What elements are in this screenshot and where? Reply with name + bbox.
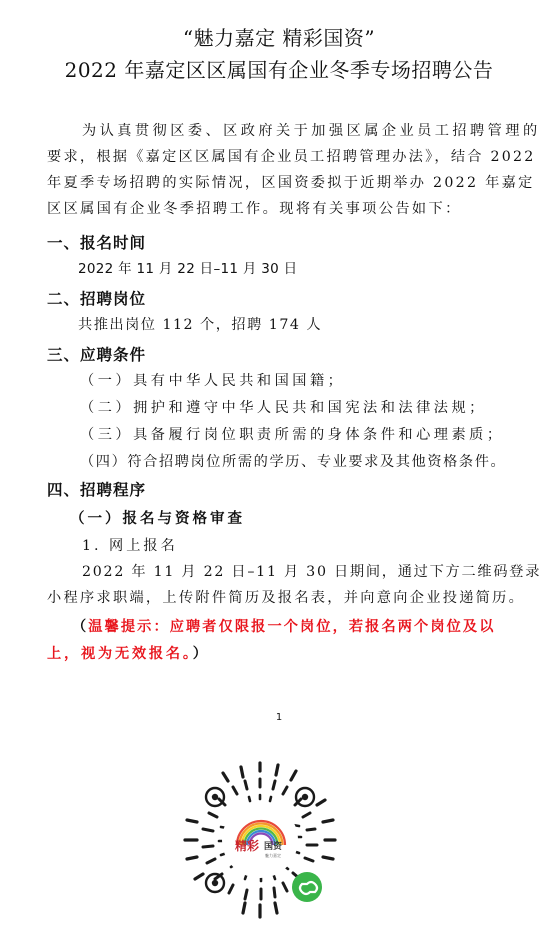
- requirement-item: （二）拥护和遵守中华人民共和国宪法和法律法规；: [80, 397, 487, 417]
- logo-text-side: 国资: [264, 840, 283, 852]
- svg-text:魅力嘉定: 魅力嘉定: [265, 852, 281, 858]
- procedure-line: 小程序求职端，上传附件简历及报名表，并向意向企业投递简历。: [47, 587, 525, 607]
- registration-dates: 2022 年 11 月 22 日–11 月 30 日: [78, 257, 297, 277]
- requirement-item: （一）具有中华人民共和国国籍；: [80, 370, 345, 390]
- notice-open-paren: （: [72, 619, 88, 635]
- subheading-registration-review: （一）报名与资格审查: [70, 507, 245, 528]
- notice-close-paren: ）: [193, 646, 210, 662]
- logo-text-main: 精彩: [234, 838, 259, 853]
- page-number: 1: [0, 712, 558, 723]
- requirement-item: （三）具备履行岗位职责所需的身体条件和心理素质；: [80, 424, 505, 444]
- notice-text: 上，视为无效报名。: [47, 646, 193, 662]
- qr-code-icon: 精彩 国资 魅力嘉定: [175, 755, 345, 925]
- section-heading-requirements: 三、应聘条件: [47, 343, 146, 365]
- title-slogan: “魅力嘉定 精彩国资”: [0, 22, 558, 51]
- procedure-line: 2022 年 11 月 22 日–11 月 30 日期间，通过下方二维码登录: [82, 561, 541, 581]
- subitem-online-registration: 1. 网上报名: [82, 535, 178, 555]
- section-heading-positions: 二、招聘岗位: [47, 287, 146, 309]
- positions-summary: 共推出岗位 112 个，招聘 174 人: [78, 314, 322, 334]
- intro-line: 要求，根据《嘉定区区属国有企业员工招聘管理办法》，结合 2022: [47, 146, 536, 166]
- section-heading-registration-time: 一、报名时间: [47, 231, 146, 253]
- notice-text: 温馨提示：应聘者仅限报一个岗位，若报名两个岗位及以: [88, 619, 495, 635]
- intro-line: 年夏季专场招聘的实际情况，区国资委拟于近期举办 2022 年嘉定: [47, 172, 535, 192]
- mini-program-qr-code[interactable]: 精彩 国资 魅力嘉定: [175, 755, 345, 925]
- requirement-item: （四）符合招聘岗位所需的学历、专业要求及其他资格条件。: [80, 451, 506, 471]
- section-heading-procedure: 四、招聘程序: [47, 478, 146, 500]
- intro-line: 区区属国有企业冬季招聘工作。现将有关事项公告如下：: [47, 198, 462, 218]
- page-title: 2022 年嘉定区区属国有企业冬季专场招聘公告: [0, 54, 558, 83]
- intro-line: 为认真贯彻区委、区政府关于加强区属企业员工招聘管理的: [82, 120, 541, 140]
